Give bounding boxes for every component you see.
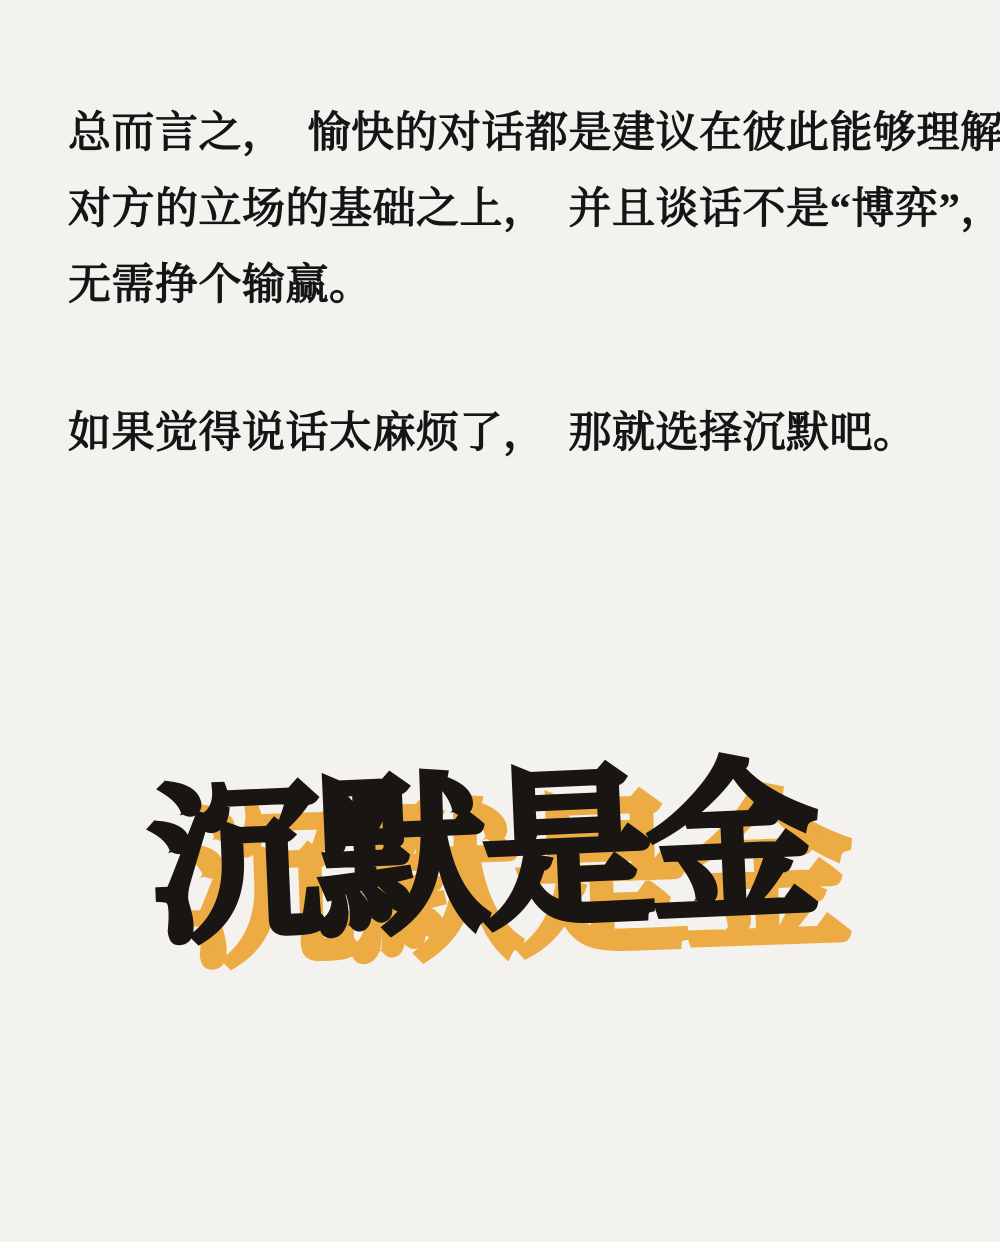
paragraph-1: 总而言之， 愉快的对话都是建议在彼此能够理解 对方的立场的基础之上， 并且谈话不… — [68, 96, 960, 324]
page: 总而言之， 愉快的对话都是建议在彼此能够理解 对方的立场的基础之上， 并且谈话不… — [0, 0, 1000, 1242]
paragraph-2-line-1: 如果觉得说话太麻烦了， 那就选择沉默吧。 — [68, 396, 960, 472]
paragraph-1-line-1: 总而言之， 愉快的对话都是建议在彼此能够理解 — [68, 96, 960, 172]
paragraph-1-line-3: 无需挣个输赢。 — [68, 248, 960, 324]
paragraph-1-line-2: 对方的立场的基础之上， 并且谈话不是“博弈”， — [68, 172, 960, 248]
paragraph-2: 如果觉得说话太麻烦了， 那就选择沉默吧。 — [68, 396, 960, 472]
title-art: 沉默是金 沉默是金 — [147, 737, 858, 1027]
title-ink-text: 沉默是金 — [147, 738, 819, 971]
